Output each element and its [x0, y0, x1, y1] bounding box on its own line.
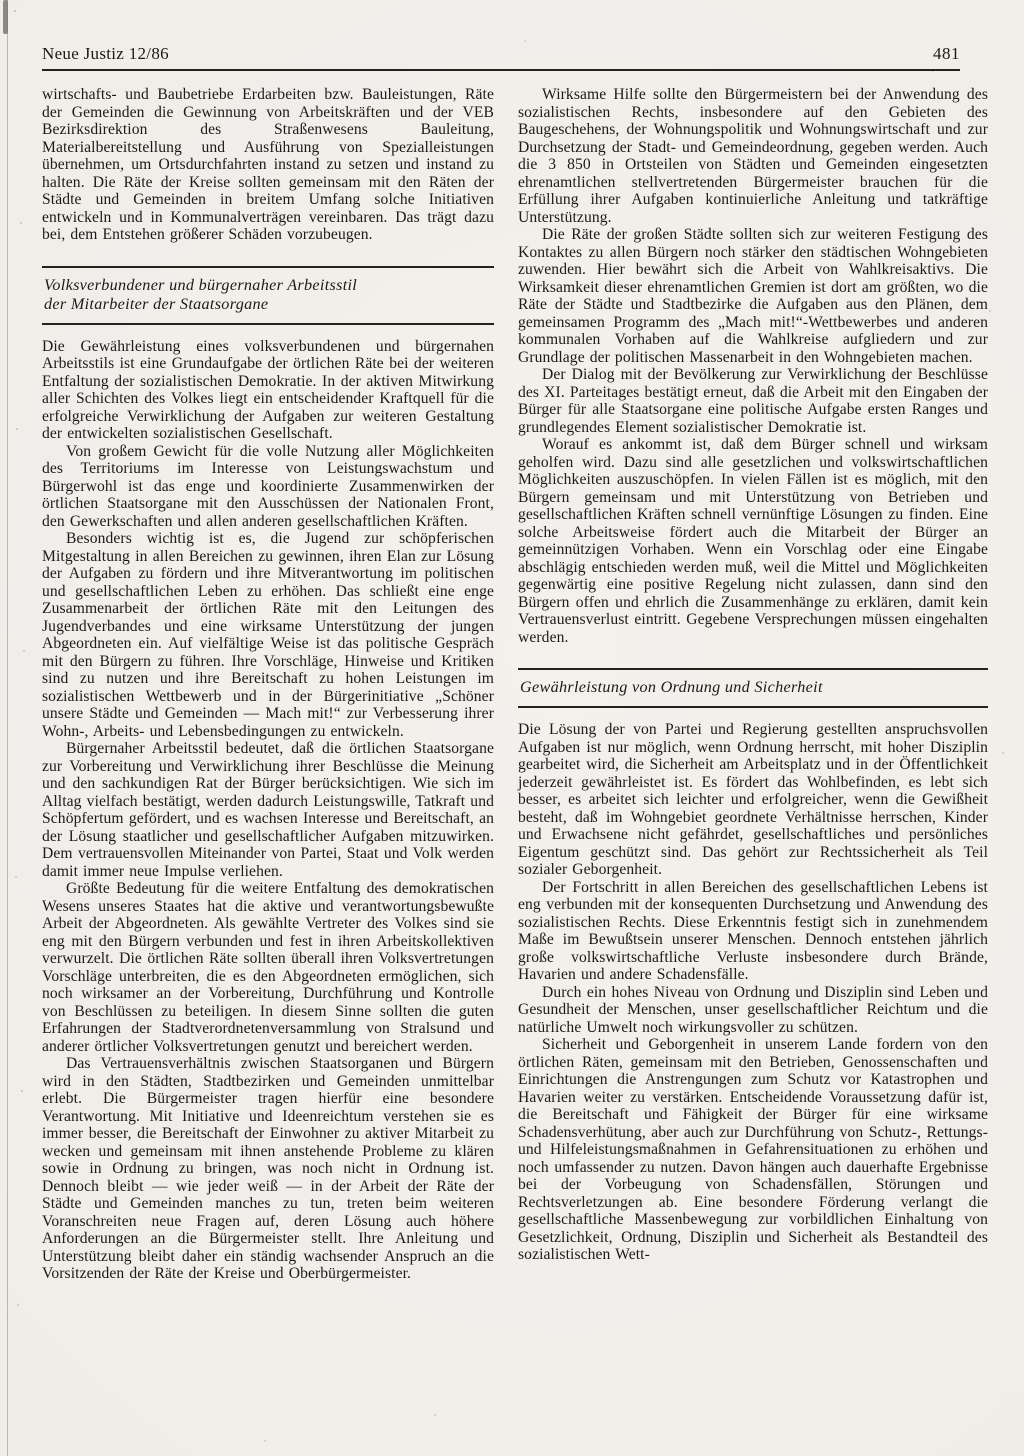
paragraph: Der Fortschritt in allen Bereichen des g…	[518, 879, 988, 984]
paragraph: Von großem Gewicht für die volle Nutzung…	[42, 443, 494, 531]
paragraph: wirtschafts- und Baubetriebe Erdarbeiten…	[42, 86, 494, 244]
scan-speckles	[14, 10, 16, 12]
two-column-content: wirtschafts- und Baubetriebe Erdarbeiten…	[42, 86, 988, 1283]
paragraph: Größte Bedeutung für die weitere Entfalt…	[42, 880, 494, 1055]
paragraph: Der Dialog mit der Bevölkerung zur Verwi…	[518, 366, 988, 436]
section-heading: Volksverbundener und bürgernaher Arbeits…	[42, 266, 494, 325]
paragraph: Die Räte der großen Städte sollten sich …	[518, 226, 988, 366]
paragraph: Die Lösung der von Partei und Regierung …	[518, 721, 988, 879]
paragraph: Wirksame Hilfe sollte den Bürgermeistern…	[518, 86, 988, 226]
page-number: 481	[933, 44, 960, 64]
scan-edge-line	[7, 0, 8, 1456]
right-column: Wirksame Hilfe sollte den Bürgermeistern…	[518, 86, 988, 1283]
scanned-journal-page: Neue Justiz 12/86 481 wirtschafts- und B…	[0, 0, 1024, 1456]
paragraph: Bürgernaher Arbeitsstil bedeutet, daß di…	[42, 740, 494, 880]
section-heading: Gewährleistung von Ordnung und Sicherhei…	[518, 668, 988, 708]
paragraph: Sicherheit und Geborgenheit in unserem L…	[518, 1036, 988, 1264]
journal-title: Neue Justiz 12/86	[42, 44, 169, 64]
paragraph: Die Gewährleistung eines volksverbundene…	[42, 338, 494, 443]
paragraph: Das Vertrauensverhältnis zwischen Staats…	[42, 1055, 494, 1283]
page-header: Neue Justiz 12/86 481	[42, 44, 960, 71]
paragraph: Durch ein hohes Niveau von Ordnung und D…	[518, 984, 988, 1037]
paragraph: Worauf es ankommt ist, daß dem Bürger sc…	[518, 436, 988, 646]
left-column: wirtschafts- und Baubetriebe Erdarbeiten…	[42, 86, 494, 1283]
paragraph: Besonders wichtig ist es, die Jugend zur…	[42, 530, 494, 740]
